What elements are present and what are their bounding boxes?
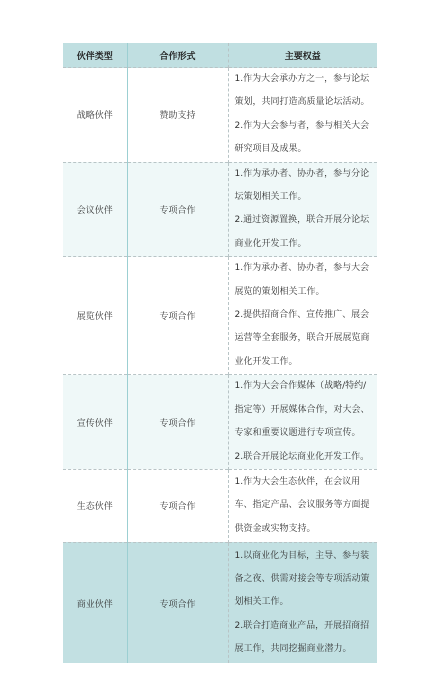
benefits-cell: 1.作为承办者、协办者，参与分论坛策划相关工作。 2.通过资源置换，联合开展分论… (228, 162, 377, 257)
benefit-item: 1.作为承办者、协办者，参与大会展览的策划相关工作。 (235, 257, 375, 304)
cooperation-form-cell: 专项合作 (127, 542, 228, 663)
benefits-cell: 1.以商业化为目标，主导、参与装备之夜、供需对接会等专项活动策划相关工作。 2.… (228, 542, 377, 663)
cooperation-form-cell: 专项合作 (127, 162, 228, 257)
benefit-item: 1.作为大会承办方之一，参与论坛策划，共同打造高质量论坛活动。 (235, 68, 375, 115)
cooperation-form-cell: 专项合作 (127, 469, 228, 542)
benefit-item: 2.作为大会参与者，参与相关大会研究项目及成果。 (235, 115, 375, 162)
table-row-business: 商业伙伴 专项合作 1.以商业化为目标，主导、参与装备之夜、供需对接会等专项活动… (63, 542, 377, 663)
partner-benefits-table: 伙伴类型 合作形式 主要权益 战略伙伴 赞助支持 1.作为大会承办方之一，参与论… (63, 43, 377, 663)
benefit-item: 2.提供招商合作、宣传推广、展会运营等全套服务，联合开展展览商业化开发工作。 (235, 304, 375, 374)
table-row-ecosystem: 生态伙伴 专项合作 1.作为大会生态伙伴，在会议用车、指定产品、会议服务等方面提… (63, 469, 377, 542)
header-cooperation-form: 合作形式 (127, 43, 228, 68)
table-row-conference: 会议伙伴 专项合作 1.作为承办者、协办者，参与分论坛策划相关工作。 2.通过资… (63, 162, 377, 257)
cooperation-form-cell: 专项合作 (127, 257, 228, 375)
partner-type-cell: 会议伙伴 (63, 162, 127, 257)
benefits-cell: 1.作为大会合作媒体（战略/特约/指定等）开展媒体合作，对大会、专家和重要议题进… (228, 375, 377, 470)
partner-type-cell: 战略伙伴 (63, 68, 127, 163)
cooperation-form-cell: 专项合作 (127, 375, 228, 470)
partner-type-cell: 展览伙伴 (63, 257, 127, 375)
benefit-item: 2.联合开展论坛商业化开发工作。 (235, 446, 375, 469)
table-row-strategic: 战略伙伴 赞助支持 1.作为大会承办方之一，参与论坛策划，共同打造高质量论坛活动… (63, 68, 377, 163)
header-main-benefits: 主要权益 (228, 43, 377, 68)
partner-type-cell: 商业伙伴 (63, 542, 127, 663)
partner-type-cell: 宣传伙伴 (63, 375, 127, 470)
benefit-item: 1.作为大会合作媒体（战略/特约/指定等）开展媒体合作，对大会、专家和重要议题进… (235, 375, 375, 445)
benefit-item: 2.通过资源置换，联合开展分论坛商业化开发工作。 (235, 209, 375, 256)
benefit-item: 1.作为承办者、协办者，参与分论坛策划相关工作。 (235, 163, 375, 210)
benefits-cell: 1.作为大会承办方之一，参与论坛策划，共同打造高质量论坛活动。 2.作为大会参与… (228, 68, 377, 163)
header-partner-type: 伙伴类型 (63, 43, 127, 68)
table-row-exhibition: 展览伙伴 专项合作 1.作为承办者、协办者，参与大会展览的策划相关工作。 2.提… (63, 257, 377, 375)
cooperation-form-cell: 赞助支持 (127, 68, 228, 163)
table-header-row: 伙伴类型 合作形式 主要权益 (63, 43, 377, 68)
benefit-item: 1.作为大会生态伙伴，在会议用车、指定产品、会议服务等方面提供资金或实物支持。 (235, 471, 375, 541)
benefits-cell: 1.作为承办者、协办者，参与大会展览的策划相关工作。 2.提供招商合作、宣传推广… (228, 257, 377, 375)
partner-type-cell: 生态伙伴 (63, 469, 127, 542)
benefits-cell: 1.作为大会生态伙伴，在会议用车、指定产品、会议服务等方面提供资金或实物支持。 (228, 469, 377, 542)
benefit-item: 2.联合打造商业产品，开展招商招展工作，共同挖掘商业潜力。 (235, 615, 375, 662)
benefit-item: 1.以商业化为目标，主导、参与装备之夜、供需对接会等专项活动策划相关工作。 (235, 545, 375, 615)
table-row-publicity: 宣传伙伴 专项合作 1.作为大会合作媒体（战略/特约/指定等）开展媒体合作，对大… (63, 375, 377, 470)
